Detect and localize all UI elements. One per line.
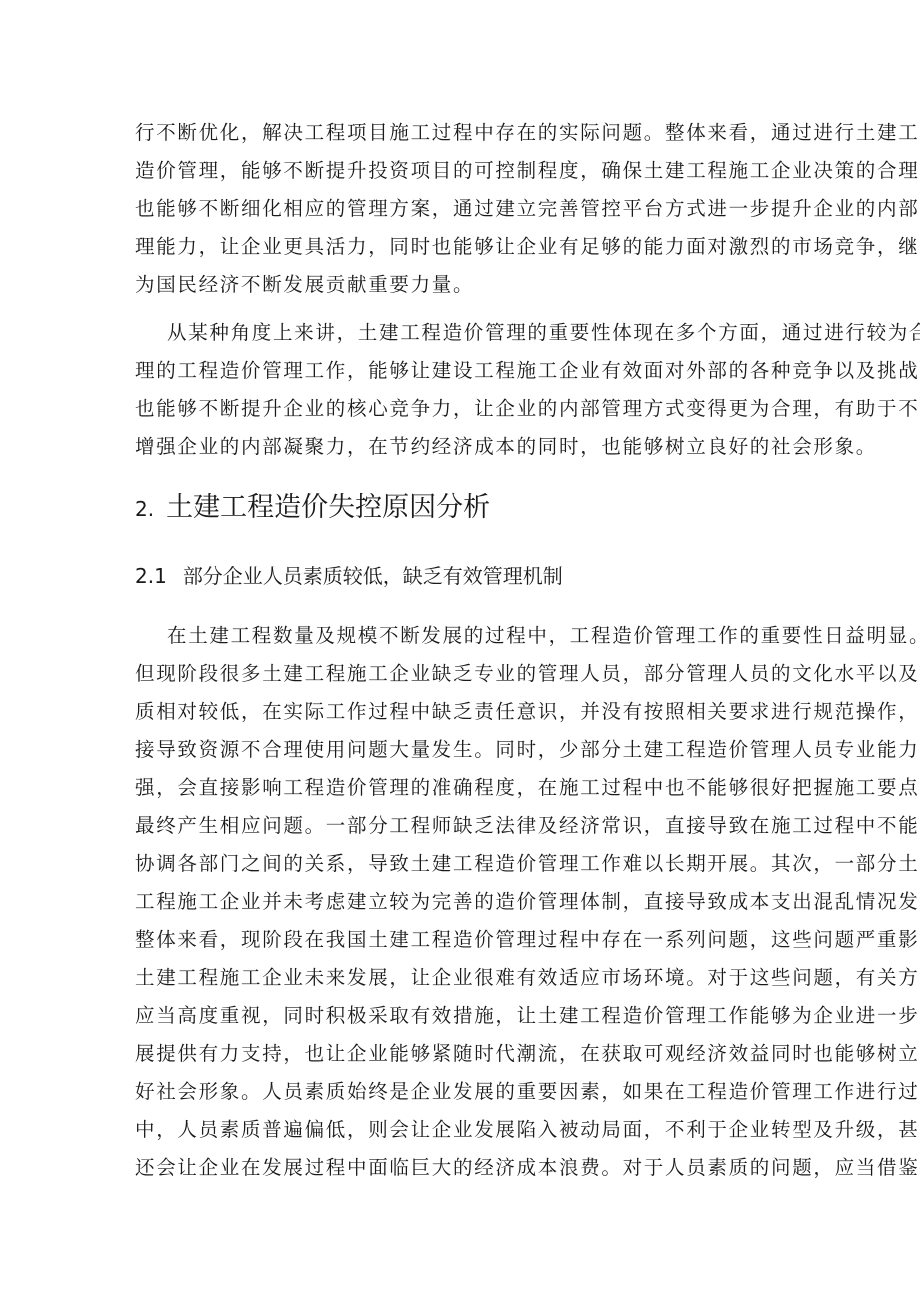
- paragraph-1-line-2: 造价管理，能够不断提升投资项目的可控制程度，确保土建工程施工企业决策的合理性，: [135, 159, 787, 183]
- paragraph-1-line-1: 行不断优化，解决工程项目施工过程中存在的实际问题。整体来看，通过进行土建工程: [135, 121, 787, 145]
- subsection-number: 2.1: [135, 564, 167, 588]
- paragraph-3-line-6: 最终产生相应问题。一部分工程师缺乏法律及经济常识，直接导致在施工过程中不能够: [135, 814, 787, 838]
- paragraph-2-line-3: 也能够不断提升企业的核心竞争力，让企业的内部管理方式变得更为合理，有助于不断: [135, 397, 787, 421]
- paragraph-1-line-5: 为国民经济不断发展贡献重要力量。: [135, 273, 787, 297]
- paragraph-2-line-2: 理的工程造价管理工作，能够让建设工程施工企业有效面对外部的各种竞争以及挑战，: [135, 359, 787, 383]
- paragraph-3-line-14: 中，人员素质普遍偏低，则会让企业发展陷入被动局面，不利于企业转型及升级，甚至: [135, 1118, 787, 1142]
- paragraph-3-line-2: 但现阶段很多土建工程施工企业缺乏专业的管理人员，部分管理人员的文化水平以及素: [135, 662, 787, 686]
- paragraph-2-line-1: 从某种角度上来讲，土建工程造价管理的重要性体现在多个方面，通过进行较为合: [167, 321, 787, 345]
- paragraph-3-line-8: 工程施工企业并未考虑建立较为完善的造价管理体制，直接导致成本支出混乱情况发生。: [135, 890, 787, 914]
- paragraph-3-line-5: 强，会直接影响工程造价管理的准确程度，在施工过程中也不能够很好把握施工要点，: [135, 776, 787, 800]
- section-number: 2.: [135, 497, 154, 521]
- paragraph-3-line-11: 应当高度重视，同时积极采取有效措施，让土建工程造价管理工作能够为企业进一步发: [135, 1004, 787, 1028]
- paragraph-3-line-9: 整体来看，现阶段在我国土建工程造价管理过程中存在一系列问题，这些问题严重影响: [135, 928, 787, 952]
- paragraph-3-line-7: 协调各部门之间的关系，导致土建工程造价管理工作难以长期开展。其次，一部分土建: [135, 852, 787, 876]
- paragraph-3-line-10: 土建工程施工企业未来发展，让企业很难有效适应市场环境。对于这些问题，有关方面: [135, 966, 787, 990]
- paragraph-2-line-4: 增强企业的内部凝聚力，在节约经济成本的同时，也能够树立良好的社会形象。: [135, 435, 787, 459]
- paragraph-3-line-12: 展提供有力支持，也让企业能够紧随时代潮流，在获取可观经济效益同时也能够树立良: [135, 1042, 787, 1066]
- paragraph-3-line-15: 还会让企业在发展过程中面临巨大的经济成本浪费。对于人员素质的问题，应当借鉴其: [135, 1156, 787, 1180]
- paragraph-3-line-3: 质相对较低，在实际工作过程中缺乏责任意识，并没有按照相关要求进行规范操作，直: [135, 700, 787, 724]
- section-heading: 2.土建工程造价失控原因分析: [135, 491, 490, 526]
- subsection-title: 部分企业人员素质较低，缺乏有效管理机制: [183, 564, 563, 588]
- paragraph-3-line-1: 在土建工程数量及规模不断发展的过程中，工程造价管理工作的重要性日益明显。: [167, 624, 787, 648]
- document-page: 行不断优化，解决工程项目施工过程中存在的实际问题。整体来看，通过进行土建工程 造…: [0, 0, 920, 1301]
- paragraph-3-line-13: 好社会形象。人员素质始终是企业发展的重要因素，如果在工程造价管理工作进行过程: [135, 1080, 787, 1104]
- subsection-heading: 2.1部分企业人员素质较低，缺乏有效管理机制: [135, 563, 563, 589]
- paragraph-3-line-4: 接导致资源不合理使用问题大量发生。同时，少部分土建工程造价管理人员专业能力不: [135, 738, 787, 762]
- paragraph-1-line-3: 也能够不断细化相应的管理方案，通过建立完善管控平台方式进一步提升企业的内部管: [135, 197, 787, 221]
- section-title: 土建工程造价失控原因分析: [166, 492, 490, 523]
- paragraph-1-line-4: 理能力，让企业更具活力，同时也能够让企业有足够的能力面对激烈的市场竞争，继续: [135, 235, 787, 259]
